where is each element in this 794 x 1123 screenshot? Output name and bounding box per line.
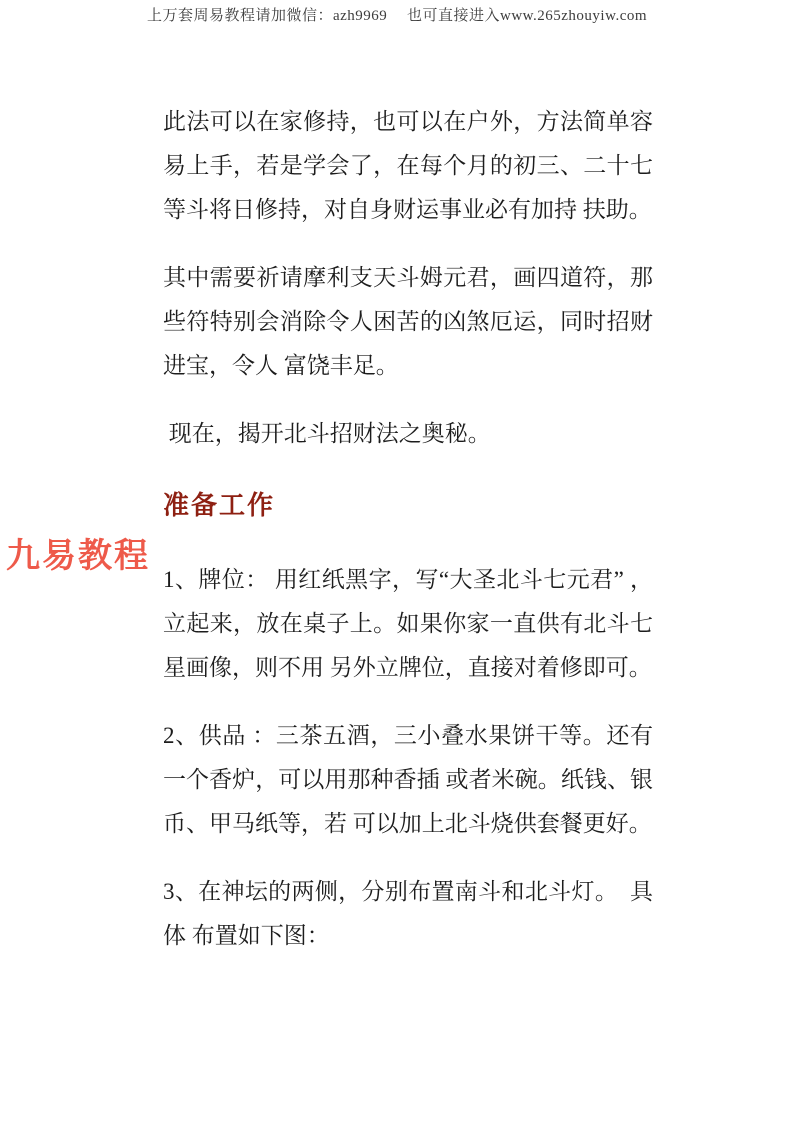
paragraph-practice-intro: 此法可以在家修持，也可以在户外，方法简单容易上手，若是学会了，在每个月的初三、二… bbox=[163, 100, 653, 232]
list-item-1-tablet: 1、牌位： 用红纸黑字，写“大圣北斗七元君” ，立起来，放在桌子上。如果你家一直… bbox=[163, 558, 653, 690]
document-page: 上万套周易教程请加微信：azh9969 也可直接进入www.265zhouyiw… bbox=[0, 0, 794, 1123]
paragraph-talisman-benefits: 其中需要祈请摩利支天斗姆元君，画四道符，那些符特别会消除令人困苦的凶煞厄运，同时… bbox=[163, 256, 653, 388]
promo-header-text: 上万套周易教程请加微信：azh9969 也可直接进入www.265zhouyiw… bbox=[0, 0, 794, 27]
watermark-jiuyi-jiaocheng: 九易教程 bbox=[6, 537, 150, 575]
section-heading-preparation: 准备工作 bbox=[163, 483, 653, 527]
document-body: 此法可以在家修持，也可以在户外，方法简单容易上手，若是学会了，在每个月的初三、二… bbox=[163, 100, 653, 958]
list-item-3-altar-layout: 3、在神坛的两侧，分别布置南斗和北斗灯。 具体 布置如下图： bbox=[163, 870, 653, 958]
paragraph-reveal-secret: 现在，揭开北斗招财法之奥秘。 bbox=[163, 412, 653, 456]
list-item-2-offerings: 2、供品 ：三茶五酒，三小叠水果饼干等。还有一个香炉，可以用那种香插 或者米碗。… bbox=[163, 714, 653, 846]
